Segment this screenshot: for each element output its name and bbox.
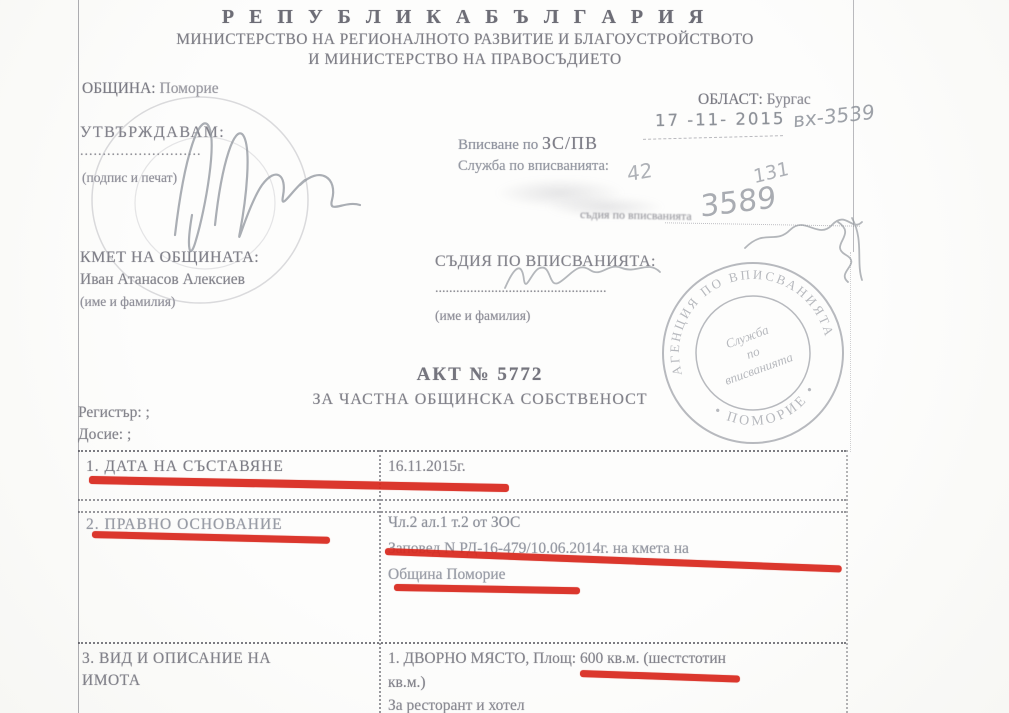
handwritten-42: 42 <box>626 158 653 186</box>
table-border-right <box>846 450 848 713</box>
registry-office-label: Служба по вписванията: <box>458 158 609 175</box>
approve-label: УТВЪРЖДАВАМ: <box>80 124 225 142</box>
table-row2-value-line3: Община Поморие <box>388 566 506 584</box>
entry-line: Вписване по ЗС/ПВ <box>458 133 598 154</box>
approve-caption: (подпис и печат) <box>82 170 177 186</box>
municipality-value: Поморие <box>160 80 219 97</box>
table-row3-value-line3: За ресторант и хотел <box>388 697 525 713</box>
table-border-row2-top <box>78 511 846 513</box>
table-row1-value: 16.11.2015г. <box>388 458 466 476</box>
judge-signature-dots: ........................................… <box>435 281 607 297</box>
left-page-rule <box>78 0 79 713</box>
red-underline-row2-label <box>92 531 330 544</box>
mayor-caption: (име и фамилия) <box>80 294 175 310</box>
mayor-label: КМЕТ НА ОБЩИНАТА: <box>80 249 259 267</box>
judge-label: СЪДИЯ ПО ВПИСВАНИЯТА: <box>435 253 656 271</box>
ministry-line-2: И МИНИСТЕРСТВО НА ПРАВОСЪДИЕТО <box>80 51 850 69</box>
mayor-signature <box>175 123 212 251</box>
district-value: Бургас <box>767 91 811 108</box>
scan-smudge <box>545 196 665 218</box>
scanned-document-page: Р Е П У Б Л И К А Б Ъ Л Г А Р И Я МИНИСТ… <box>0 0 1009 713</box>
date-stamp-underline <box>643 135 783 140</box>
entry-label: Вписване по <box>458 137 538 153</box>
round-registry-stamp: АГЕНЦИЯ ПО ВПИСВАНИЯТА • ПОМОРИЕ • Служб… <box>632 232 874 474</box>
entry-code: ЗС/ПВ <box>542 133 598 153</box>
svg-text:• ПОМОРИЕ •: • ПОМОРИЕ • <box>709 379 826 440</box>
municipality-field: ОБЩИНА: Поморие <box>82 80 219 98</box>
date-stamp: 17 -11- 2015 <box>655 109 786 130</box>
country-title: Р Е П У Б Л И К А Б Ъ Л Г А Р И Я <box>80 6 850 29</box>
municipality-label: ОБЩИНА: <box>82 80 156 97</box>
ministry-line-1: МИНИСТЕРСТВО НА РЕГИОНАЛНОТО РАЗВИТИЕ И … <box>80 31 850 49</box>
red-underline-row1 <box>89 476 509 492</box>
table-row3-value-line1: 1. ДВОРНО МЯСТО, Площ: 600 кв.м. (шестст… <box>388 650 726 668</box>
faint-dotted-line <box>665 222 860 226</box>
table-row3-label-line2: ИМОТА <box>82 672 141 690</box>
table-border-row1-bottom <box>78 499 846 501</box>
table-row2-value-line1: Чл.2 ал.1 т.2 от ЗОС <box>388 514 520 532</box>
register-label: Регистър: ; <box>78 404 150 422</box>
stamp-bottom-text: • ПОМОРИЕ • <box>709 379 826 440</box>
stamp-inner-text-2: по <box>744 343 762 362</box>
red-underline-row2-municipality <box>394 584 580 594</box>
table-row1-label: 1. ДАТА НА СЪСТАВЯНЕ <box>86 458 284 476</box>
approve-signature-dots: ........................... <box>80 144 202 160</box>
table-row3-label-line1: 3. ВИД И ОПИСАНИЕ НА <box>82 650 271 668</box>
handwritten-3589: 3589 <box>700 180 776 224</box>
mayor-signature <box>300 175 360 207</box>
red-underline-row3-area <box>580 670 740 683</box>
dossier-label: Досие: ; <box>78 426 131 444</box>
district-label: ОБЛАСТ: <box>698 91 763 108</box>
judge-caption: (име и фамилия) <box>435 308 530 324</box>
table-row3-value-line2: кв.м.) <box>388 674 426 692</box>
district-field: ОБЛАСТ: Бургас <box>698 91 811 109</box>
mayor-name: Иван Атанасов Алексиев <box>80 271 245 289</box>
table-border-row2-bottom <box>78 642 846 644</box>
mayor-signature <box>215 133 305 237</box>
